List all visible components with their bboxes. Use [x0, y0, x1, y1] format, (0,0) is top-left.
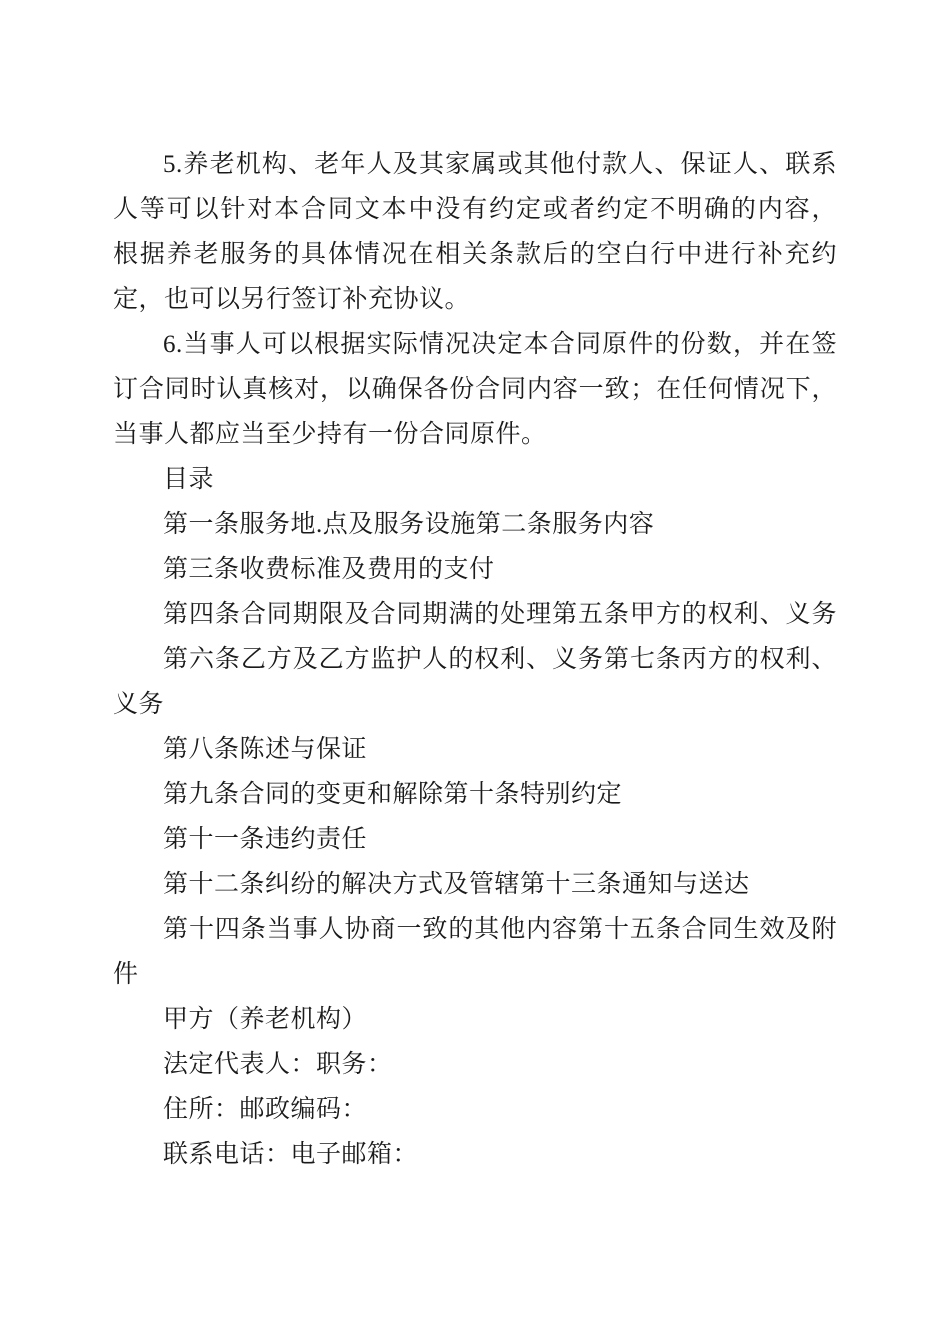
text-line: 根据养老服务的具体情况在相关条款后的空白行中进行补充约 [113, 232, 837, 277]
text-line: 甲方（养老机构） [113, 997, 837, 1042]
text-line: 目录 [113, 457, 837, 502]
text-line: 第六条乙方及乙方监护人的权利、义务第七条丙方的权利、 [113, 637, 837, 682]
text-line: 订合同时认真核对，以确保各份合同内容一致；在任何情况下， [113, 367, 837, 412]
page-content: 5.养老机构、老年人及其家属或其他付款人、保证人、联系人等可以针对本合同文本中没… [113, 142, 837, 1177]
text-line: 义务 [113, 682, 837, 727]
text-line: 住所：邮政编码： [113, 1087, 837, 1132]
text-line: 第十一条违约责任 [113, 817, 837, 862]
text-line: 联系电话：电子邮箱： [113, 1132, 837, 1177]
text-line: 人等可以针对本合同文本中没有约定或者约定不明确的内容， [113, 187, 837, 232]
text-line: 6.当事人可以根据实际情况决定本合同原件的份数，并在签 [113, 322, 837, 367]
text-line: 第九条合同的变更和解除第十条特别约定 [113, 772, 837, 817]
text-line: 法定代表人：职务： [113, 1042, 837, 1087]
text-line: 第四条合同期限及合同期满的处理第五条甲方的权利、义务 [113, 592, 837, 637]
text-line: 第三条收费标准及费用的支付 [113, 547, 837, 592]
text-line: 件 [113, 952, 837, 997]
text-line: 第八条陈述与保证 [113, 727, 837, 772]
document-page: 5.养老机构、老年人及其家属或其他付款人、保证人、联系人等可以针对本合同文本中没… [0, 0, 950, 1344]
text-line: 定，也可以另行签订补充协议。 [113, 277, 837, 322]
text-line: 第十四条当事人协商一致的其他内容第十五条合同生效及附 [113, 907, 837, 952]
text-line: 第十二条纠纷的解决方式及管辖第十三条通知与送达 [113, 862, 837, 907]
text-line: 第一条服务地.点及服务设施第二条服务内容 [113, 502, 837, 547]
text-line: 当事人都应当至少持有一份合同原件。 [113, 412, 837, 457]
text-line: 5.养老机构、老年人及其家属或其他付款人、保证人、联系 [113, 142, 837, 187]
